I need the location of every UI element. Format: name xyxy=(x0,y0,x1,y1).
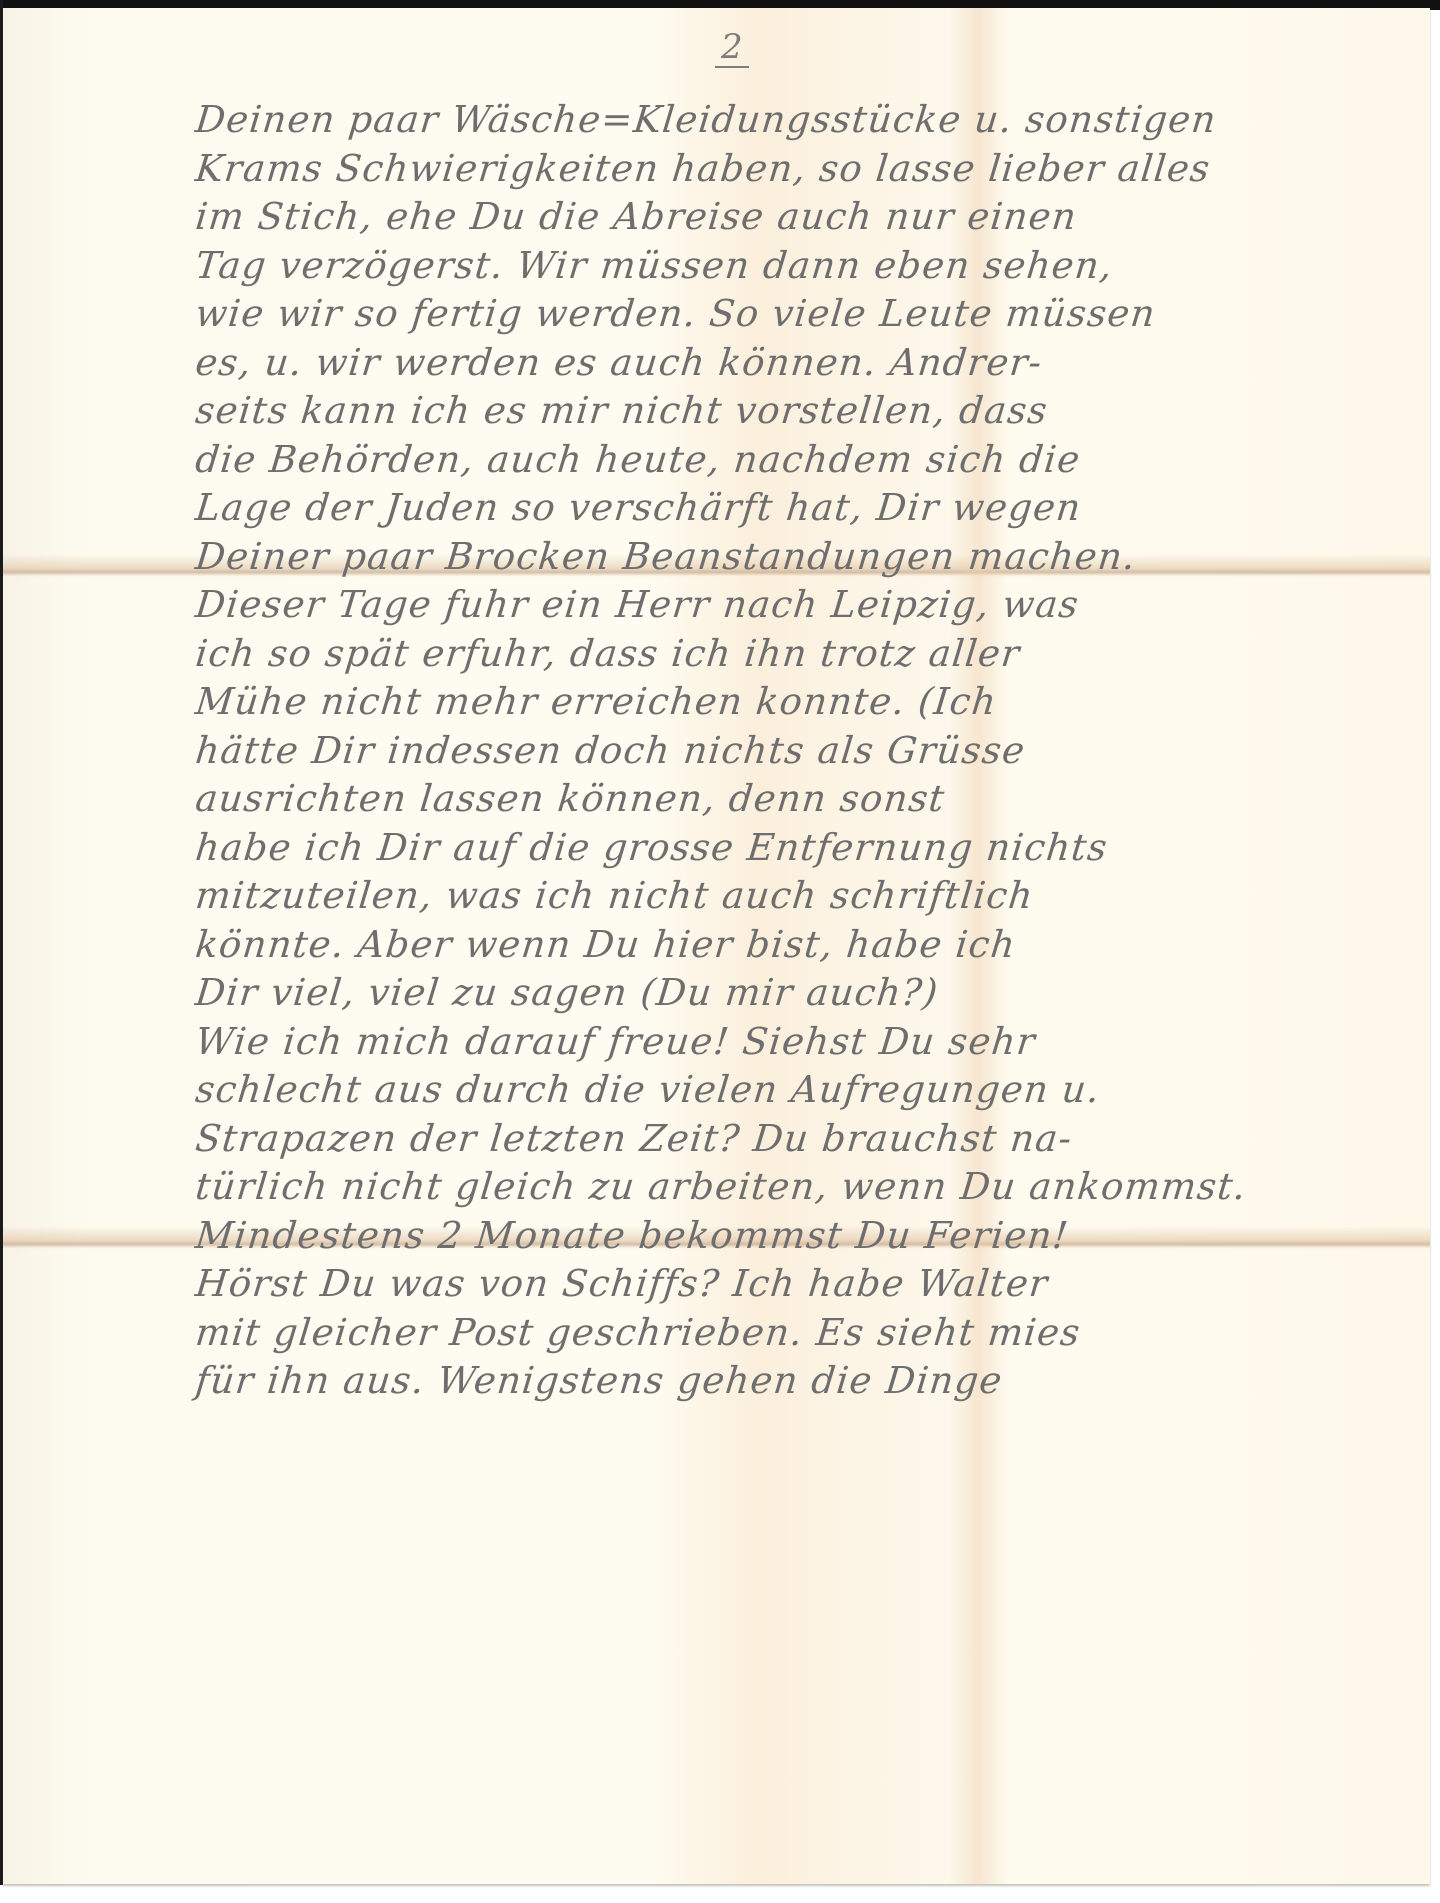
letter-line: Dir viel, viel zu sagen (Du mir auch?) xyxy=(193,969,1418,1018)
letter-line: schlecht aus durch die vielen Aufregunge… xyxy=(193,1066,1418,1115)
letter-line: mit gleicher Post geschrieben. Es sieht … xyxy=(193,1309,1418,1358)
letter-line: türlich nicht gleich zu arbeiten, wenn D… xyxy=(193,1163,1418,1212)
letter-line: wie wir so fertig werden. So viele Leute… xyxy=(193,290,1418,339)
letter-line: seits kann ich es mir nicht vorstellen, … xyxy=(193,387,1418,436)
letter-line: Mindestens 2 Monate bekommst Du Ferien! xyxy=(193,1212,1418,1261)
letter-line: ausrichten lassen können, denn sonst xyxy=(193,775,1418,824)
letter-line: es, u. wir werden es auch können. Andrer… xyxy=(193,339,1418,388)
letter-line: Dieser Tage fuhr ein Herr nach Leipzig, … xyxy=(193,581,1418,630)
letter-line: ich so spät erfuhr, dass ich ihn trotz a… xyxy=(193,630,1418,679)
letter-line: Lage der Juden so verschärft hat, Dir we… xyxy=(193,484,1418,533)
letter-line: für ihn aus. Wenigstens gehen die Dinge xyxy=(193,1357,1418,1406)
letter-line: die Behörden, auch heute, nachdem sich d… xyxy=(193,436,1418,485)
letter-line: Hörst Du was von Schiffs? Ich habe Walte… xyxy=(193,1260,1418,1309)
letter-line: habe ich Dir auf die grosse Entfernung n… xyxy=(193,824,1418,873)
letter-line: Mühe nicht mehr erreichen konnte. (Ich xyxy=(193,678,1418,727)
letter-line: mitzuteilen, was ich nicht auch schriftl… xyxy=(193,872,1418,921)
letter-line: Deiner paar Brocken Beanstandungen mache… xyxy=(193,533,1418,582)
letter-page: 2 Deinen paar Wäsche=Kleidungsstücke u. … xyxy=(3,8,1430,1884)
letter-body: Deinen paar Wäsche=Kleidungsstücke u. so… xyxy=(193,96,1413,1406)
letter-line: Krams Schwierigkeiten haben, so lasse li… xyxy=(193,145,1418,194)
letter-line: hätte Dir indessen doch nichts als Grüss… xyxy=(193,727,1418,776)
letter-line: könnte. Aber wenn Du hier bist, habe ich xyxy=(193,921,1418,970)
letter-line: Tag verzögerst. Wir müssen dann eben seh… xyxy=(193,242,1418,291)
letter-line: im Stich, ehe Du die Abreise auch nur ei… xyxy=(193,193,1418,242)
page-number: 2 xyxy=(715,30,749,68)
letter-line: Deinen paar Wäsche=Kleidungsstücke u. so… xyxy=(193,96,1418,145)
letter-line: Wie ich mich darauf freue! Siehst Du seh… xyxy=(193,1018,1418,1067)
letter-line: Strapazen der letzten Zeit? Du brauchst … xyxy=(193,1115,1418,1164)
